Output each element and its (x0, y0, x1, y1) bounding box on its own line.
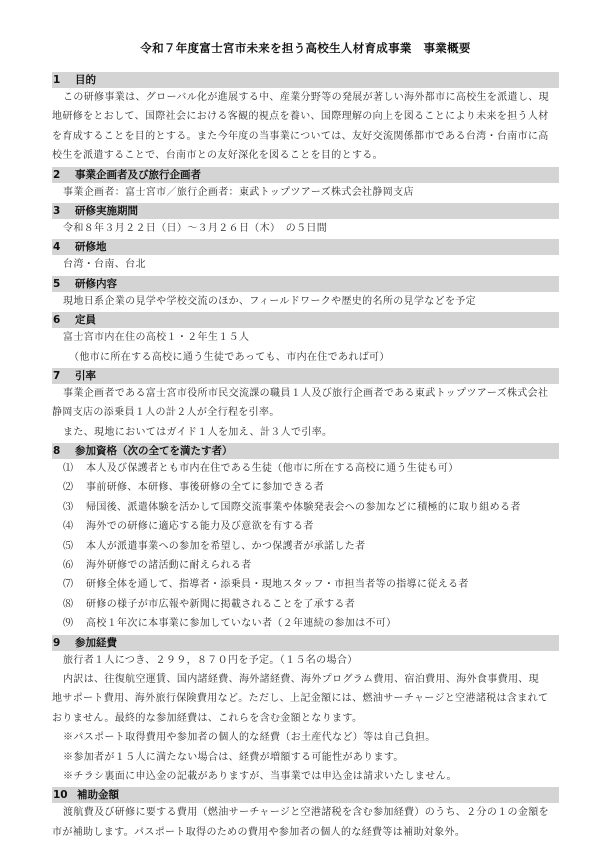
section-number: 6 (53, 312, 75, 328)
list-marker: ⑹ (63, 556, 86, 575)
paragraph-line: 地サポート費用、海外旅行保険費用など。ただし、上記金額には、燃油サーチャージと空… (52, 689, 559, 708)
section-number: 5 (53, 276, 75, 292)
list-marker: ⑻ (63, 595, 86, 614)
section-title: 引率 (75, 370, 96, 382)
document-content: 1目的 この研修事業は、グローバル化が進展する中、産業分野等の発展が著しい海外都… (52, 71, 559, 842)
paragraph-line: おりません。最終的な参加経費は、これらを含む金額となります。 (52, 709, 559, 728)
paragraph-line: 内訳は、往復航空運賃、国内諸経費、海外諸経費、海外プログラム費用、宿泊費用、海外… (52, 670, 559, 689)
section-title: 補助金額 (77, 789, 119, 801)
section-number: 8 (53, 443, 75, 459)
section-5-heading: 5研修内容 (52, 276, 559, 292)
paragraph-line: 市が補助します。パスポート取得のための費用や参加者の個人的な経費等は補助対象外。 (52, 823, 559, 842)
section-8-heading: 8参加資格（次の全てを満たす者） (52, 443, 559, 459)
list-item: ⑼高校１年次に本事業に参加していない者（２年連続の参加は不可） (52, 614, 559, 633)
list-marker: ⑷ (63, 517, 86, 536)
section-title: 研修地 (75, 241, 107, 253)
section-2-heading: 2事業企画者及び旅行企画者 (52, 167, 559, 183)
paragraph-line: 渡航費及び研修に要する費用（燃油サーチャージと空港諸税を含む参加経費）のうち、２… (52, 803, 559, 822)
list-marker: ⑸ (63, 537, 86, 556)
section-1-heading: 1目的 (52, 72, 559, 88)
list-item-text: 本人及び保護者とも市内在住である生徒（他市に所在する高校に通う生徒も可） (86, 463, 459, 474)
paragraph-line: 事業企画者：富士宮市／旅行企画者：東武トップツアーズ株式会社静岡支店 (52, 183, 559, 202)
section-7-heading: 7引率 (52, 368, 559, 384)
paragraph-line: 地研修をとおして、国際社会における客観的視点を養い、国際理解の向上を図ることによ… (52, 107, 559, 126)
section-title: 研修実施期間 (75, 205, 138, 217)
section-number: 1 (53, 72, 75, 88)
section-title: 参加経費 (75, 637, 117, 649)
list-item: ⑷海外での研修に適応する能力及び意欲を有する者 (52, 517, 559, 536)
list-marker: ⑺ (63, 575, 86, 594)
list-item: ⑺研修全体を通して、指導者・添乗員・現地スタッフ・市担当者等の指導に従える者 (52, 575, 559, 594)
section-title: 目的 (75, 74, 96, 86)
note-line: ※参加者が１５人に満たない場合は、経費が増額する可能性があります。 (52, 748, 559, 767)
paragraph-line: 富士宮市内在住の高校１・２年生１５人 (52, 328, 559, 347)
section-number: 10 (53, 787, 77, 803)
paragraph-line: 旅行者１人につき、２９９，８７０円を予定。（１５名の場合） (52, 651, 559, 670)
section-number: 2 (53, 167, 75, 183)
document-title: 令和７年度富士宮市未来を担う高校生人材育成事業 事業概要 (52, 40, 559, 56)
paragraph-line: 現地日系企業の見学や学校交流のほか、フィールドワークや歴史的名所の見学などを予定 (52, 292, 559, 311)
section-9-heading: 9参加経費 (52, 635, 559, 651)
list-item: ⑸本人が派遣事業への参加を希望し、かつ保護者が承諾した者 (52, 537, 559, 556)
list-item-text: 高校１年次に本事業に参加していない者（２年連続の参加は不可） (86, 618, 397, 629)
list-item-text: 海外研修での諸活動に耐えられる者 (86, 560, 252, 571)
paragraph-line: 校生を派遣することで、台南市との友好深化を図ることを目的とする。 (52, 146, 559, 165)
section-title: 研修内容 (75, 278, 117, 290)
section-3-heading: 3研修実施期間 (52, 203, 559, 219)
note-line: ※パスポート取得費用や参加者の個人的な経費（お土産代など）等は自己負担。 (52, 728, 559, 747)
list-item: ⑹海外研修での諸活動に耐えられる者 (52, 556, 559, 575)
list-marker: ⑴ (63, 459, 86, 478)
list-item: ⑴本人及び保護者とも市内在住である生徒（他市に所在する高校に通う生徒も可） (52, 459, 559, 478)
section-title: 定員 (75, 314, 96, 326)
list-item-text: 事前研修、本研修、事後研修の全てに参加できる者 (86, 482, 324, 493)
paragraph-line: 事業企画者である富士宮市役所市民交流課の職員１人及び旅行企画者である東武トップツ… (52, 384, 559, 403)
list-item-text: 海外での研修に適応する能力及び意欲を有する者 (86, 521, 314, 532)
list-item-text: 本人が派遣事業への参加を希望し、かつ保護者が承諾した者 (86, 541, 365, 552)
section-4-heading: 4研修地 (52, 239, 559, 255)
list-item-text: 帰国後、派遣体験を活かして国際交流事業や体験発表会への参加などに積極的に取り組め… (86, 502, 521, 513)
paragraph-line: この研修事業は、グローバル化が進展する中、産業分野等の発展が著しい海外都市に高校… (52, 88, 559, 107)
list-item: ⑻研修の様子が市広報や新聞に掲載されることを了承する者 (52, 595, 559, 614)
list-item: ⑵事前研修、本研修、事後研修の全てに参加できる者 (52, 478, 559, 497)
section-number: 7 (53, 368, 75, 384)
section-number: 3 (53, 203, 75, 219)
section-6-heading: 6定員 (52, 312, 559, 328)
paragraph-line: 静岡支店の添乗員１人の計２人が全行程を引率。 (52, 403, 559, 422)
note-line: ※チラシ裏面に申込金の記載がありますが、当事業では申込金は請求いたしません。 (52, 767, 559, 786)
paragraph-line: を育成することを目的とする。また今年度の当事業については、友好交流関係都市である… (52, 127, 559, 146)
section-10-heading: 10補助金額 (52, 787, 559, 803)
section-title: 事業企画者及び旅行企画者 (75, 169, 201, 181)
list-marker: ⑼ (63, 614, 86, 633)
paragraph-line: 令和８年３月２２日（日）～３月２６日（木） の５日間 (52, 219, 559, 238)
section-number: 9 (53, 635, 75, 651)
list-item-text: 研修の様子が市広報や新聞に掲載されることを了承する者 (86, 599, 355, 610)
paragraph-line: 台湾・台南、台北 (52, 255, 559, 274)
list-item-text: 研修全体を通して、指導者・添乗員・現地スタッフ・市担当者等の指導に従える者 (86, 579, 469, 590)
list-item: ⑶帰国後、派遣体験を活かして国際交流事業や体験発表会への参加などに積極的に取り組… (52, 498, 559, 517)
section-number: 4 (53, 239, 75, 255)
list-marker: ⑵ (63, 478, 86, 497)
paragraph-line: また、現地においてはガイド１人を加え、計３人で引率。 (52, 423, 559, 442)
paragraph-line: （他市に所在する高校に通う生徒であっても、市内在住であれば可） (52, 348, 559, 367)
list-marker: ⑶ (63, 498, 86, 517)
section-title: 参加資格（次の全てを満たす者） (75, 445, 233, 457)
